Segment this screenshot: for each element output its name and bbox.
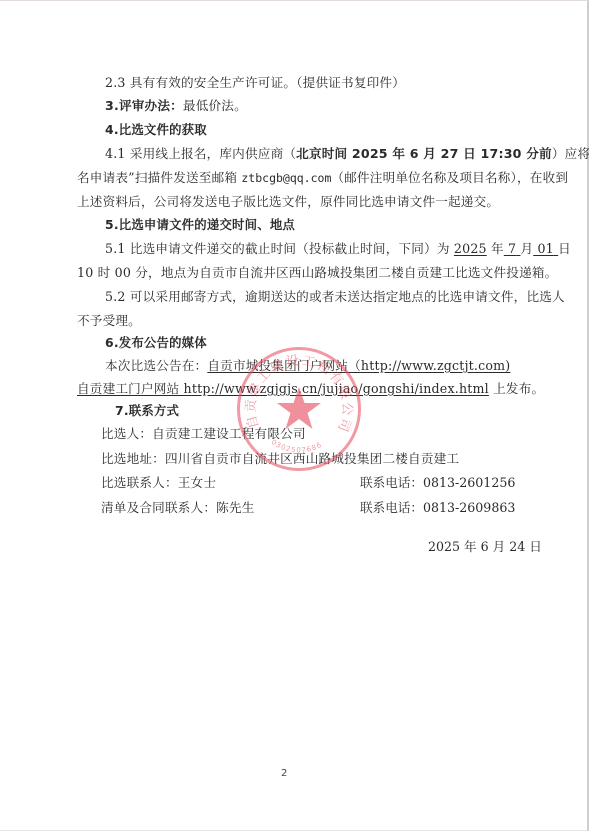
section-6-text-end: 上发布。 [493,381,544,396]
deadline-month: 7 [508,241,516,256]
section-4-heading: 4.比选文件的获取 [105,122,557,138]
clause-5-1-line1: 5.1 比选申请文件递交的截止时间（投标截止时间，下同）为 2025 年 7 月… [105,241,557,257]
clause-4-1-text-end: ）应将“报 [552,146,589,161]
section-6-line1: 本次比选公告在：自贡市城投集团门户网站（http://www.zgctjt.co… [105,358,557,374]
contact-phone-2: 联系电话：0813-2609863 [360,500,515,516]
clause-5-2-line1: 5.2 可以采用邮寄方式，逾期送达的或者未送达指定地点的比选申请文件，比选人 [105,289,557,305]
clause-4-1-text: 名申请表”扫描件发送至邮箱 [77,170,241,185]
deadline-day: 01 [537,241,553,256]
clause-4-1-line2: 名申请表”扫描件发送至邮箱 ztbcgb@qq.com（邮件注明单位名称及项目名… [77,170,529,186]
year-unit: 年 [491,241,504,256]
month-unit: 月 [520,241,533,256]
clause-5-1-text: 5.1 比选申请文件递交的截止时间（投标截止时间，下同）为 [105,241,450,256]
page-number: 2 [281,768,287,779]
link-zgctjt[interactable]: 自贡市城投集团门户网站（http://www.zgctjt.com) [207,358,510,373]
selector-name: 比选人：自贡建工建设工程有限公司 [101,426,553,442]
document-date: 2025 年 6 月 24 日 [428,539,542,555]
day-unit: 日 [558,241,571,256]
email-address: ztbcgb@qq.com [241,171,331,185]
section-6-text: 本次比选公告在： [105,358,207,373]
selector-address: 比选地址：四川省自贡市自流井区西山路城投集团二楼自贡建工 [101,451,553,467]
clause-4-1-line1: 4.1 采用线上报名，库内供应商（北京时间 2025 年 6 月 27 日 17… [105,146,557,162]
clause-4-1-text: 4.1 采用线上报名，库内供应商（ [105,146,296,161]
section-6-line2: 自贡建工门户网站 http://www.zgjgjs.cn/jujiao/gon… [77,381,529,397]
deadline-year: 2025 [454,241,487,256]
clause-2-3: 2.3 具有有效的安全生产许可证。（提供证书复印件） [105,75,557,91]
section-7-heading: 7.联系方式 [115,403,567,419]
deadline-bold: 北京时间 2025 年 6 月 27 日 17:30 分前 [296,146,552,161]
clause-4-1-text: （邮件注明单位名称及项目名称），在收到 [331,170,568,185]
clause-5-2-line2: 不予受理。 [77,313,529,329]
section-3-heading: 3.评审办法： [105,98,183,113]
section-3: 3.评审办法：最低价法。 [105,98,557,114]
clause-4-1-line3: 上述资料后，公司将发送电子版比选文件，原件同比选申请文件一起递交。 [77,194,529,210]
deadline-day-wrap: 01 [533,241,558,256]
clause-5-1-line2: 10 时 00 分，地点为自贡市自流井区西山路城投集团二楼自贡建工比选文件投递箱… [77,265,529,281]
link-zgjgjs[interactable]: 自贡建工门户网站 http://www.zgjgjs.cn/jujiao/gon… [77,381,489,396]
contact-phone-1: 联系电话：0813-2601256 [360,475,515,491]
section-6-heading: 6.发布公告的媒体 [105,335,557,351]
section-3-text: 最低价法。 [183,98,247,113]
deadline-month-wrap: 7 [504,241,521,256]
section-5-heading: 5.比选申请文件的递交时间、地点 [105,217,557,233]
document-page: 2.3 具有有效的安全生产许可证。（提供证书复印件） 3.评审办法：最低价法。 … [0,0,589,831]
